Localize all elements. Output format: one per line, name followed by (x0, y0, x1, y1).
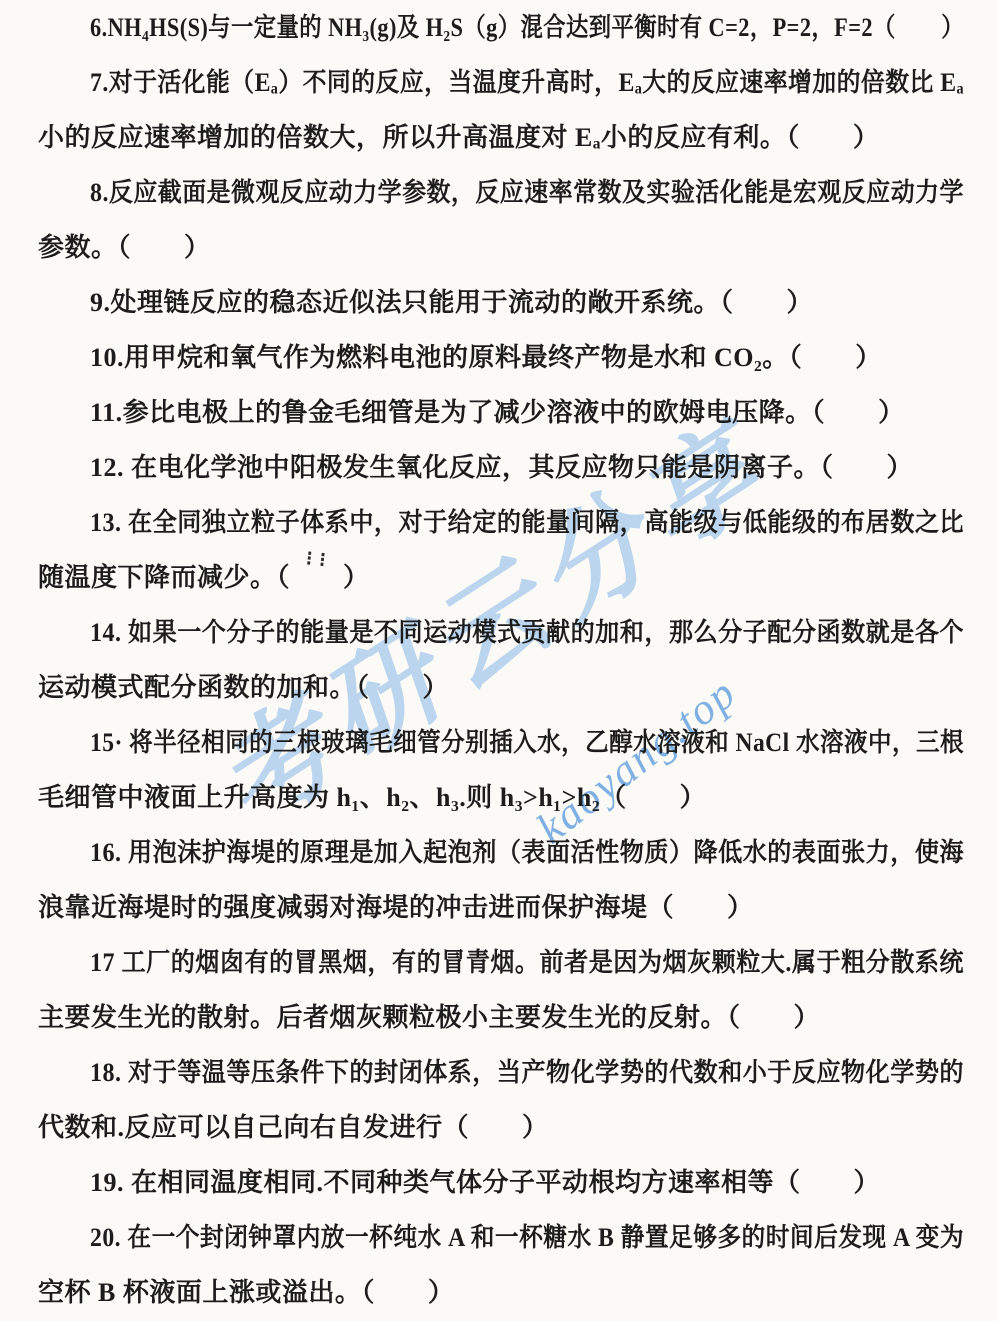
question-line-q15: 毛细管中液面上升高度为 h₁、h₂、h₃.则 h₃>h₁>h₂（ ） (38, 770, 964, 825)
question-line-q15: 15· 将半径相同的三根玻璃毛细管分别插入水，乙醇水溶液和 NaCl 水溶液中，… (38, 715, 964, 770)
question-line-q13: 13. 在全同独立粒子体系中，对于给定的能量间隔，高能级与低能级的布居数之比 (38, 495, 964, 550)
question-line-q17: 主要发生光的散射。后者烟灰颗粒极小主要发生光的反射。（ ） (38, 990, 964, 1045)
question-line-q8: 8.反应截面是微观反应动力学参数，反应速率常数及实验活化能是宏观反应动力学 (38, 165, 964, 220)
question-line-q6: 6.NH₄HS(S)与一定量的 NH₃(g)及 H₂S（g）混合达到平衡时有 C… (38, 0, 964, 55)
question-line-q11: 11.参比电极上的鲁金毛细管是为了减少溶液中的欧姆电压降。（ ） (38, 385, 964, 440)
question-line-q12: 12. 在电化学池中阳极发生氧化反应，其反应物只能是阴离子。（ ） (38, 440, 964, 495)
question-line-q10: 10.用甲烷和氧气作为燃料电池的原料最终产物是水和 CO₂。（ ） (38, 330, 964, 385)
question-line-q18: 18. 对于等温等压条件下的封闭体系，当产物化学势的代数和小于反应物化学势的 (38, 1045, 964, 1100)
question-list: 6.NH₄HS(S)与一定量的 NH₃(g)及 H₂S（g）混合达到平衡时有 C… (38, 0, 964, 1320)
scanned-exam-page: 考研云分享 kaoyang.top 6.NH₄HS(S)与一定量的 NH₃(g)… (0, 0, 998, 1321)
ink-smudge: ⁝⁝ (305, 546, 334, 574)
question-line-q18: 代数和.反应可以自己向右自发进行（ ） (38, 1100, 964, 1155)
question-line-q16: 16. 用泡沫护海堤的原理是加入起泡剂（表面活性物质）降低水的表面张力，使海 (38, 825, 964, 880)
question-line-q19: 19. 在相同温度相同.不同种类气体分子平动根均方速率相等（ ） (38, 1155, 964, 1210)
question-line-q7: 小的反应速率增加的倍数大，所以升高温度对 Eₐ小的反应有利。（ ） (38, 110, 964, 165)
question-line-q17: 17 工厂的烟囱有的冒黑烟，有的冒青烟。前者是因为烟灰颗粒大.属于粗分散系统 (38, 935, 964, 990)
question-line-q13: 随温度下降而减少。（ ） (38, 550, 964, 605)
question-line-q16: 浪靠近海堤时的强度减弱对海堤的冲击进而保护海堤（ ） (38, 880, 964, 935)
question-line-q20: 20. 在一个封闭钟罩内放一杯纯水 A 和一杯糖水 B 静置足够多的时间后发现 … (38, 1210, 964, 1265)
question-line-q8: 参数。（ ） (38, 220, 964, 275)
question-line-q14: 运动模式配分函数的加和。（ ） (38, 660, 964, 715)
question-line-q9: 9.处理链反应的稳态近似法只能用于流动的敞开系统。（ ） (38, 275, 964, 330)
question-line-q20: 空杯 B 杯液面上涨或溢出。（ ） (38, 1265, 964, 1320)
question-line-q14: 14. 如果一个分子的能量是不同运动模式贡献的加和，那么分子配分函数就是各个 (38, 605, 964, 660)
question-line-q7: 7.对于活化能（Eₐ）不同的反应，当温度升高时，Eₐ大的反应速率增加的倍数比 E… (38, 55, 964, 110)
